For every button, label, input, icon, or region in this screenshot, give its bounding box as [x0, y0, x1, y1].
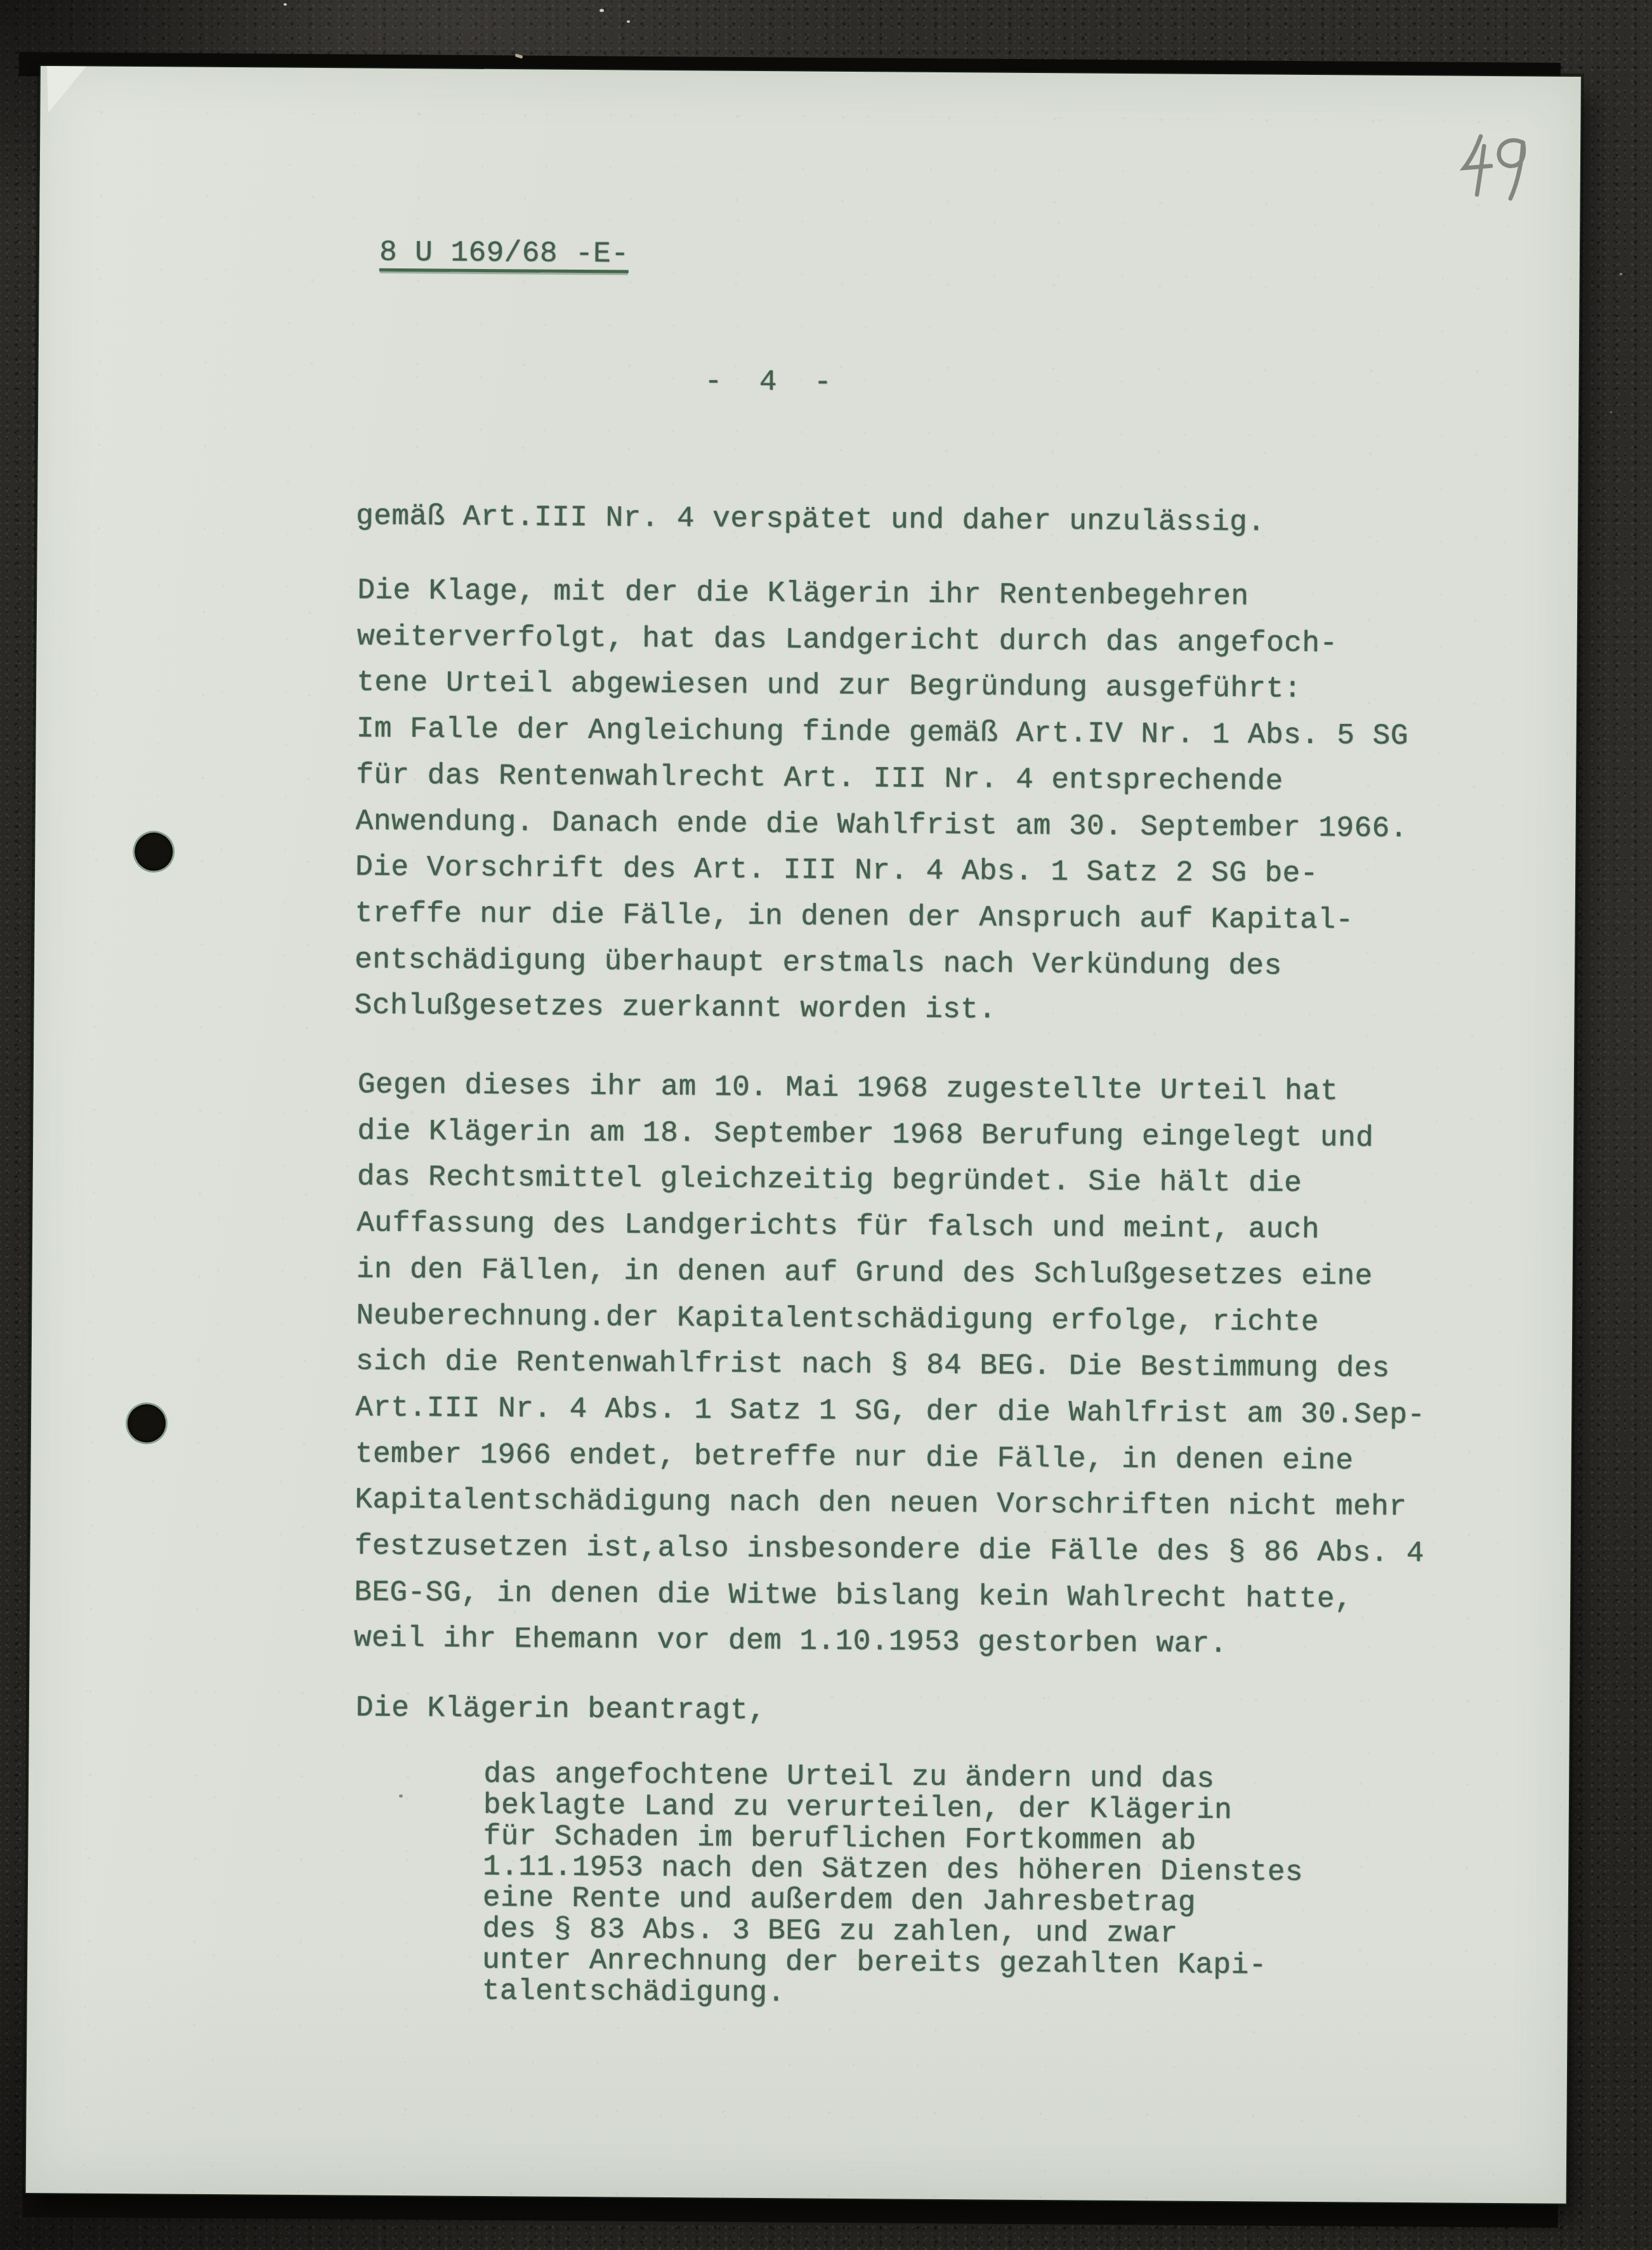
text-line: Gegen dieses ihr am 10. Mai 1968 zugeste… [358, 1062, 1428, 1115]
text-line: Die Vorschrift des Art. III Nr. 4 Abs. 1… [355, 845, 1408, 898]
dust-speck [284, 3, 287, 6]
punch-hole-top [134, 832, 173, 871]
body-paragraph-2: Die Klage, mit der die Klägerin ihr Rent… [354, 568, 1409, 1037]
text-line: sich die Rentenwahlfrist nach § 84 BEG. … [356, 1339, 1426, 1392]
punch-hole-bottom [128, 1404, 166, 1442]
body-paragraph-4: Die Klägerin beantragt, [356, 1685, 766, 1734]
text-line: das Rechtsmittel gleichzeitig begründet.… [357, 1154, 1427, 1207]
dust-speck [627, 20, 630, 23]
text-line: BEG-SG, in denen die Witwe bislang kein … [354, 1569, 1424, 1622]
text-line: festzusetzen ist,also insbesondere die F… [354, 1523, 1424, 1577]
text-line: Im Falle der Angleichung finde gemäß Art… [356, 706, 1408, 760]
text-line: weil ihr Ehemann vor dem 1.10.1953 gesto… [353, 1615, 1424, 1669]
document-page: 8 U 169/68 -E- - 4 - gemäß Art.III Nr. 4… [26, 66, 1581, 2204]
handwritten-sheet-number [1459, 131, 1537, 205]
text-line: Neuberechnung.der Kapitalentschädigung e… [356, 1293, 1426, 1346]
petition-block: das angefochtene Urteil zu ändern und da… [482, 1759, 1304, 2012]
text-line: Die Klage, mit der die Klägerin ihr Rent… [357, 568, 1410, 621]
text-line: gemäß Art.III Nr. 4 verspätet und daher … [356, 493, 1266, 546]
pencil-49-drawing [1459, 131, 1537, 205]
ink-smudge [399, 1794, 403, 1798]
text-line: weiterverfolgt, hat das Landgericht durc… [357, 614, 1409, 667]
dust-speck [1620, 273, 1622, 275]
text-line: entschädigung überhaupt erstmals nach Ve… [355, 937, 1407, 990]
text-line: in den Fällen, in denen auf Grund des Sc… [357, 1246, 1427, 1299]
text-line: Anwendung. Danach ende die Wahlfrist am … [355, 798, 1408, 852]
text-line: die Klägerin am 18. September 1968 Beruf… [357, 1108, 1427, 1161]
text-line: Kapitalentschädigung nach den neuen Vors… [355, 1477, 1425, 1530]
text-line: für das Rentenwahlrecht Art. III Nr. 4 e… [356, 752, 1408, 805]
case-number: 8 U 169/68 -E- [379, 238, 629, 273]
folded-corner [46, 66, 86, 113]
text-line: tember 1966 endet, betreffe nur die Fäll… [355, 1431, 1425, 1484]
text-line: Auffassung des Landgerichts für falsch u… [357, 1201, 1427, 1254]
text-line: treffe nur die Fälle, in denen der Anspr… [355, 890, 1407, 944]
text-line: tene Urteil abgewiesen und zur Begründun… [357, 660, 1409, 713]
dust-speck [600, 9, 604, 12]
photo-background: 8 U 169/68 -E- - 4 - gemäß Art.III Nr. 4… [0, 0, 1652, 2250]
text-line: Art.III Nr. 4 Abs. 1 Satz 1 SG, der die … [355, 1385, 1426, 1438]
body-paragraph-3: Gegen dieses ihr am 10. Mai 1968 zugeste… [353, 1062, 1427, 1669]
page-number: - 4 - [704, 367, 832, 397]
body-paragraph-1: gemäß Art.III Nr. 4 verspätet und daher … [356, 493, 1266, 546]
dust-speck [1610, 411, 1612, 413]
text-line: Die Klägerin beantragt, [356, 1685, 766, 1734]
text-line: Schlußgesetzes zuerkannt worden ist. [354, 983, 1406, 1036]
